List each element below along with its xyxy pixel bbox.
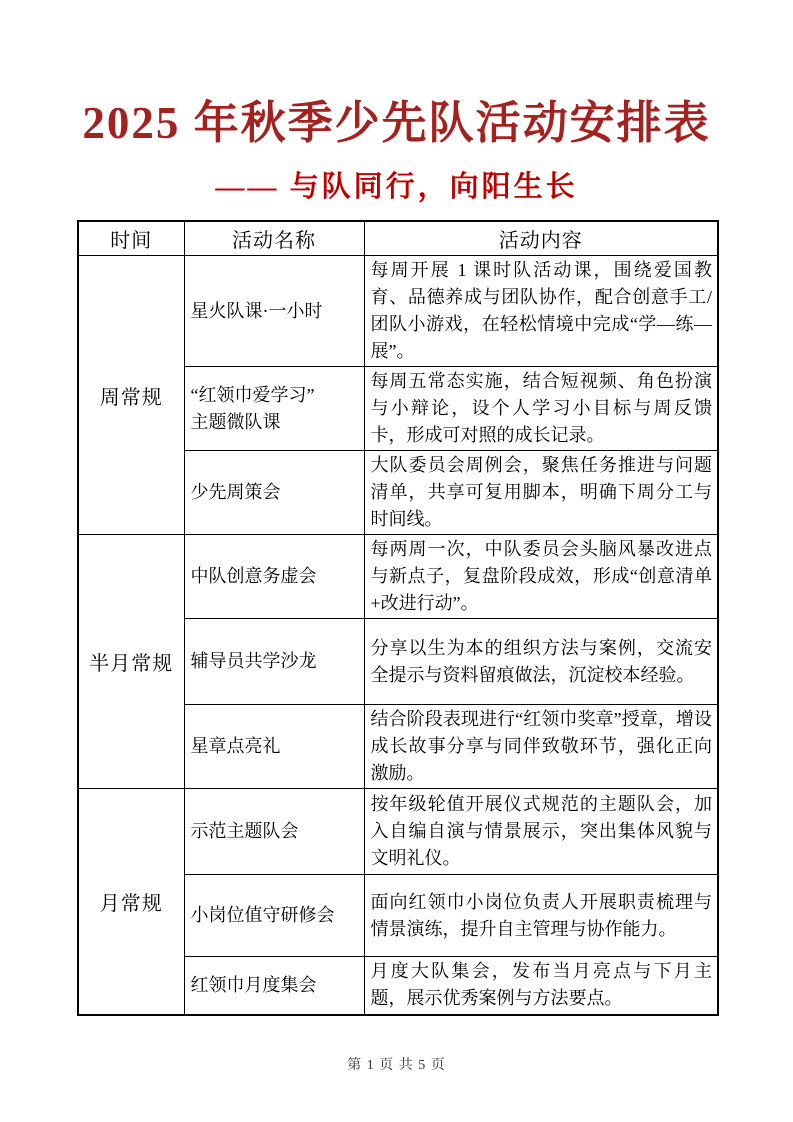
document-page: 2025 年秋季少先队活动安排表 —— 与队同行，向阳生长 时间 活动名称 活动… xyxy=(0,0,793,1122)
activity-content: 月度大队集会，发布当月亮点与下月主题，展示优秀案例与方法要点。 xyxy=(364,957,718,1015)
activity-name: 少先周策会 xyxy=(184,451,364,535)
col-header-activity-content: 活动内容 xyxy=(364,221,718,256)
activity-content: 每周五常态实施，结合短视频、角色扮演与小辩论，设个人学习小目标与周反馈卡，形成可… xyxy=(364,367,718,451)
col-header-activity-name: 活动名称 xyxy=(184,221,364,256)
activity-content: 每周开展 1 课时队活动课，围绕爱国教育、品德养成与团队协作，配合创意手工/团队… xyxy=(364,256,718,367)
page-subtitle: —— 与队同行，向阳生长 xyxy=(0,170,793,204)
time-group-weekly: 周常规 xyxy=(78,256,184,535)
activity-content: 面向红领巾小岗位负责人开展职责梳理与情景演练，提升自主管理与协作能力。 xyxy=(364,875,718,957)
activity-content: 每两周一次，中队委员会头脑风暴改进点与新点子，复盘阶段成效，形成“创意清单+改进… xyxy=(364,535,718,619)
activity-content: 大队委员会周例会，聚焦任务推进与问题清单，共享可复用脚本，明确下周分工与时间线。 xyxy=(364,451,718,535)
activity-content: 结合阶段表现进行“红领巾奖章”授章，增设成长故事分享与同伴致敬环节，强化正向激励… xyxy=(364,705,718,789)
activity-name: 红领巾月度集会 xyxy=(184,957,364,1015)
activity-content: 分享以生为本的组织方法与案例，交流安全提示与资料留痕做法，沉淀校本经验。 xyxy=(364,619,718,705)
activity-schedule-table: 时间 活动名称 活动内容 周常规 星火队课·一小时 每周开展 1 课时队活动课，… xyxy=(77,220,719,1016)
activity-name: 中队创意务虚会 xyxy=(184,535,364,619)
activity-name: “红领巾爱学习” 主题微队课 xyxy=(184,367,364,451)
time-group-monthly: 月常规 xyxy=(78,789,184,1015)
activity-name: 示范主题队会 xyxy=(184,789,364,875)
time-group-biweekly: 半月常规 xyxy=(78,535,184,789)
table-row: 半月常规 中队创意务虚会 每两周一次，中队委员会头脑风暴改进点与新点子，复盘阶段… xyxy=(78,535,718,619)
activity-name: 星章点亮礼 xyxy=(184,705,364,789)
table-header-row: 时间 活动名称 活动内容 xyxy=(78,221,718,256)
activity-content: 按年级轮值开展仪式规范的主题队会，加入自编自演与情景展示，突出集体风貌与文明礼仪… xyxy=(364,789,718,875)
page-title: 2025 年秋季少先队活动安排表 xyxy=(0,0,793,156)
page-number-footer: 第 1 页 共 5 页 xyxy=(0,1054,793,1074)
col-header-time: 时间 xyxy=(78,221,184,256)
table-row: 月常规 示范主题队会 按年级轮值开展仪式规范的主题队会，加入自编自演与情景展示，… xyxy=(78,789,718,875)
table-row: 周常规 星火队课·一小时 每周开展 1 课时队活动课，围绕爱国教育、品德养成与团… xyxy=(78,256,718,367)
activity-name: 辅导员共学沙龙 xyxy=(184,619,364,705)
activity-name: 星火队课·一小时 xyxy=(184,256,364,367)
activity-name: 小岗位值守研修会 xyxy=(184,875,364,957)
